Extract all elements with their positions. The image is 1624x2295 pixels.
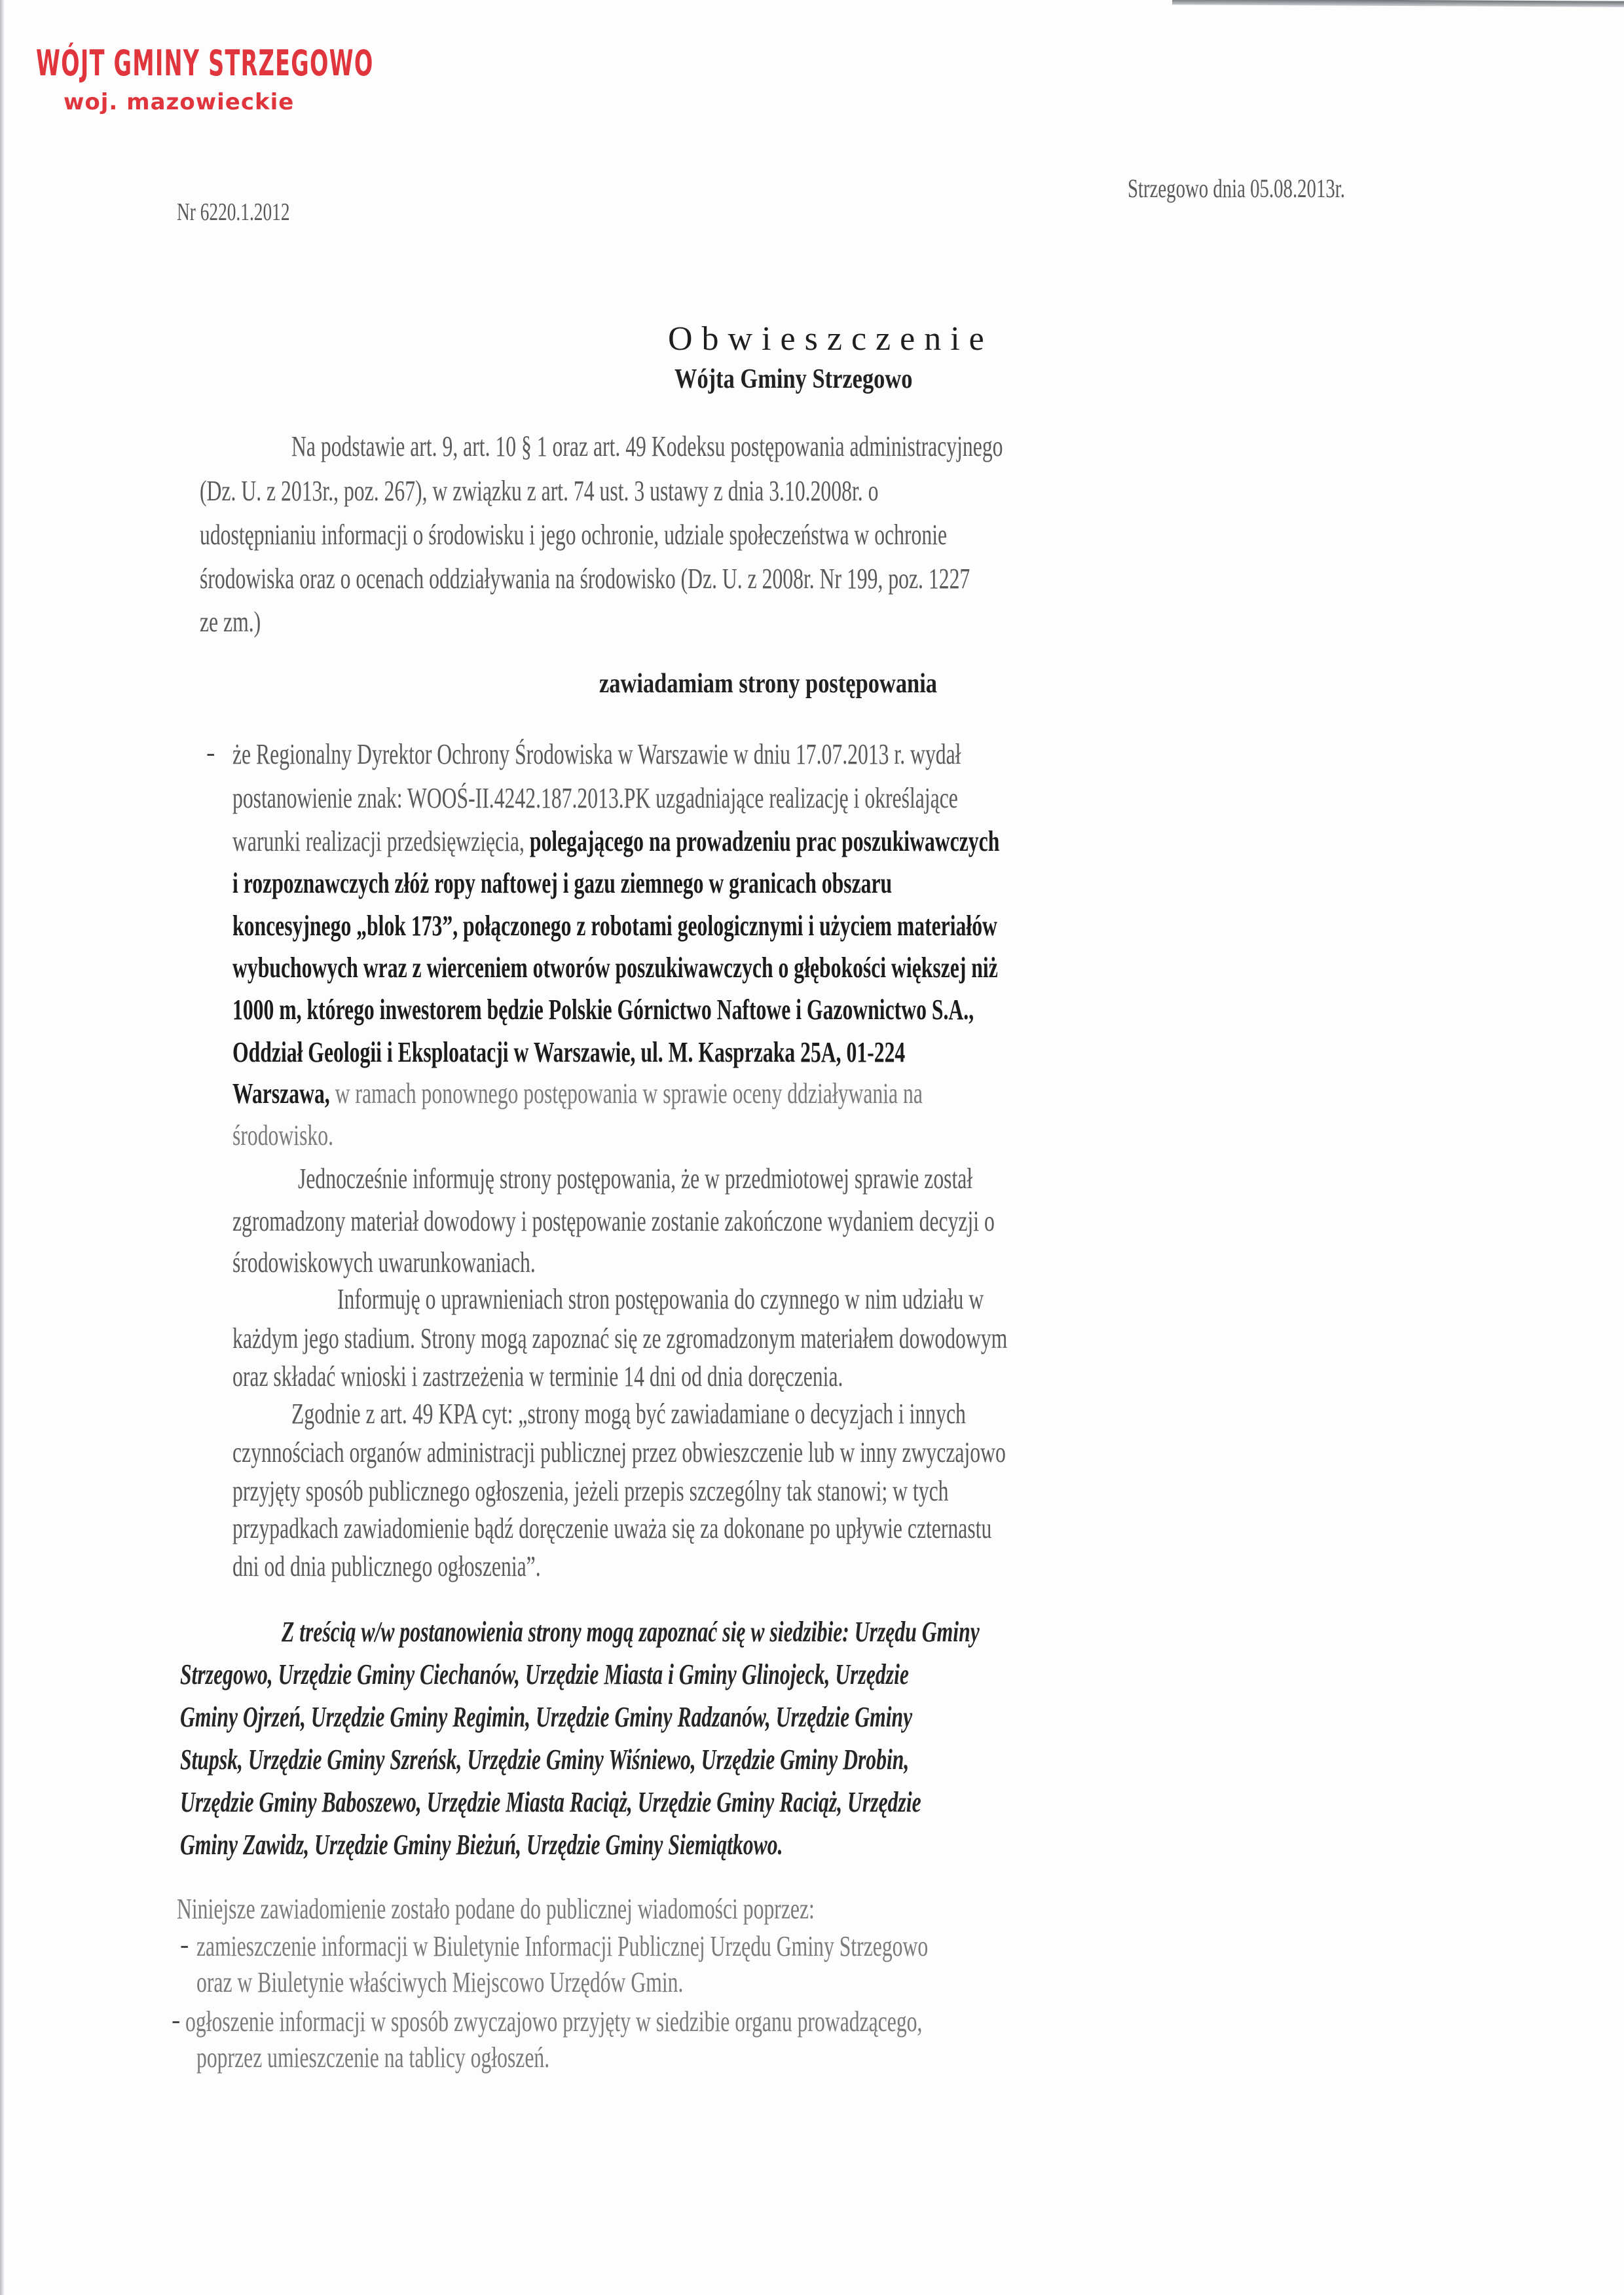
bullet-dash: - [172, 2004, 180, 2035]
stamp-subtitle: woj. mazowieckie [64, 89, 581, 115]
place-date: Strzegowo dnia 05.08.2013r. [1128, 176, 1430, 202]
document-subtitle: Wójta Gminy Strzegowo [674, 364, 912, 395]
scan-edge-top [1172, 0, 1624, 7]
scan-edge-left [0, 0, 4, 2295]
notice-heading: zawiadamiam strony postępowania [599, 668, 937, 700]
reference-number: Nr 6220.1.2012 [177, 200, 334, 225]
bullet-dash: - [206, 737, 215, 768]
document-title: Obwieszczenie [668, 320, 993, 358]
stamp-title: WÓJT GMINY STRZEGOWO [36, 43, 374, 84]
bullet-dash: - [180, 1929, 189, 1960]
official-stamp: WÓJT GMINY STRZEGOWO woj. mazowieckie [36, 43, 581, 115]
